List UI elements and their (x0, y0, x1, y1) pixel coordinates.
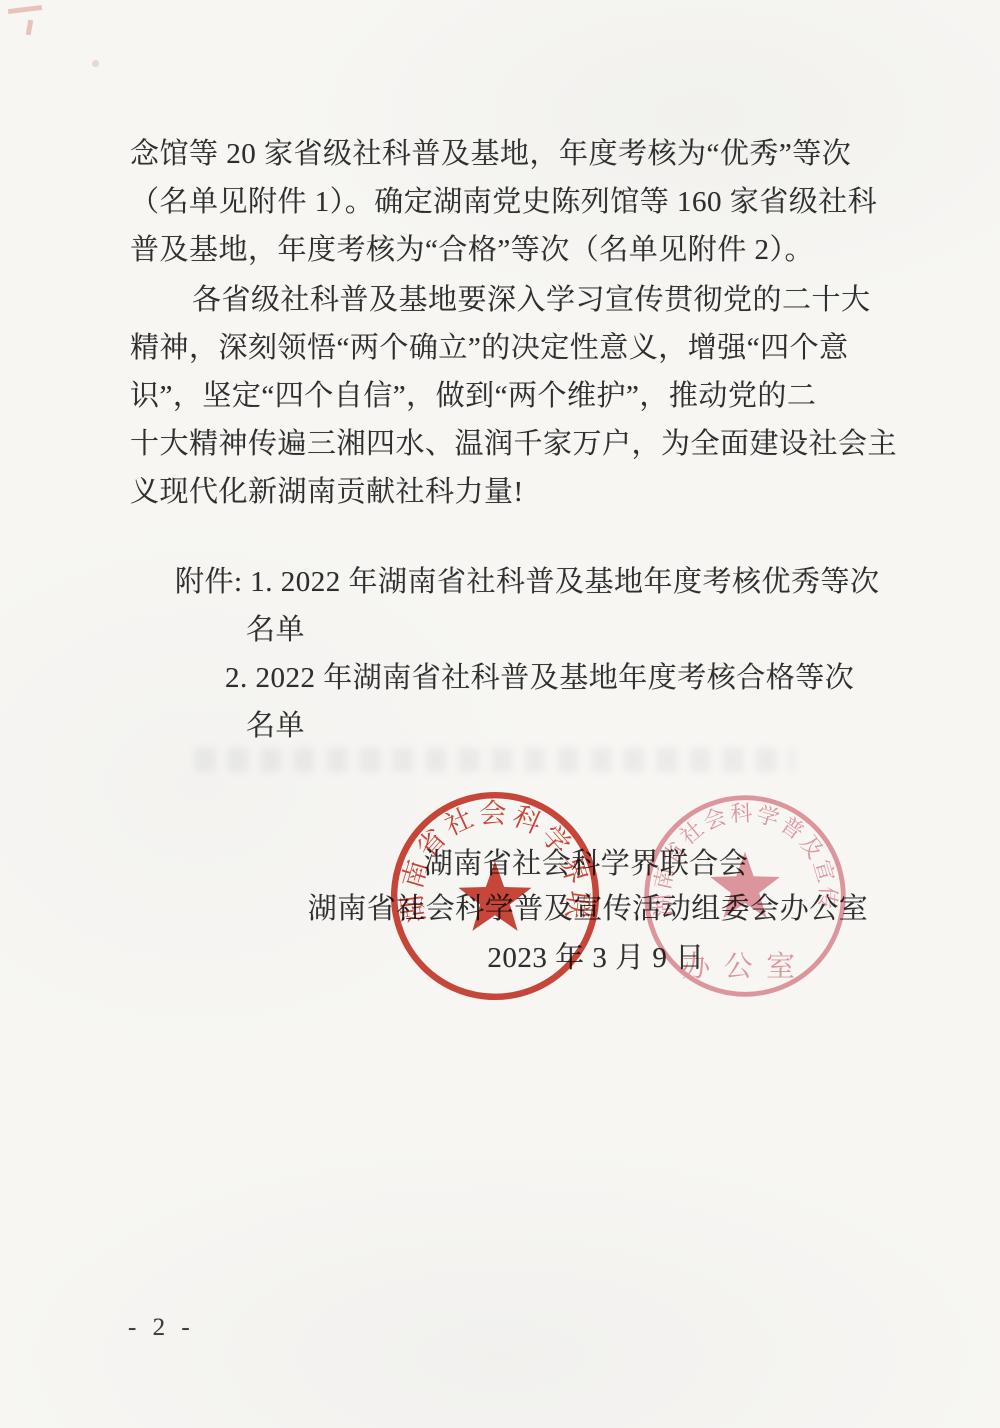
attachment-line: 名单 (246, 614, 305, 647)
body-line: 十大精神传遍三湘四水、温润千家万户，为全面建设社会主 (130, 428, 897, 461)
signature-date: 2023 年 3 月 9 日 (487, 942, 704, 975)
bleed-through-smudge (195, 748, 795, 772)
body-line: 各省级社科普及基地要深入学习宣传贯彻党的二十大 (192, 284, 871, 317)
document-page: 念馆等 20 家省级社科普及基地，年度考核为“优秀”等次 （名单见附件 1）。确… (0, 0, 1000, 1428)
scan-speck (26, 20, 34, 36)
attachment-line: 名单 (246, 710, 305, 743)
signature-org1: 湖南省社会科学界联合会 (424, 848, 749, 881)
signature-org2: 湖南省社会科学普及宣传活动组委会办公室 (308, 893, 869, 926)
body-line: 精神，深刻领悟“两个确立”的决定性意义，增强“四个意 (130, 332, 849, 365)
body-line: 识”，坚定“四个自信”，做到“两个维护”，推动党的二 (130, 380, 816, 413)
attachment-line: 2. 2022 年湖南省社科普及基地年度考核合格等次 (225, 662, 854, 695)
scan-speck (92, 60, 99, 67)
body-line: 普及基地，年度考核为“合格”等次（名单见附件 2）。 (130, 234, 814, 267)
body-line: 念馆等 20 家省级社科普及基地，年度考核为“优秀”等次 (130, 138, 851, 171)
body-line: （名单见附件 1）。确定湖南党史陈列馆等 160 家省级社科 (130, 186, 877, 219)
attachment-line: 附件: 1. 2022 年湖南省社科普及基地年度考核优秀等次 (175, 566, 880, 599)
page-number: - 2 - (128, 1314, 195, 1342)
body-line: 义现代化新湖南贡献社科力量! (130, 476, 524, 509)
scan-speck (8, 5, 42, 14)
